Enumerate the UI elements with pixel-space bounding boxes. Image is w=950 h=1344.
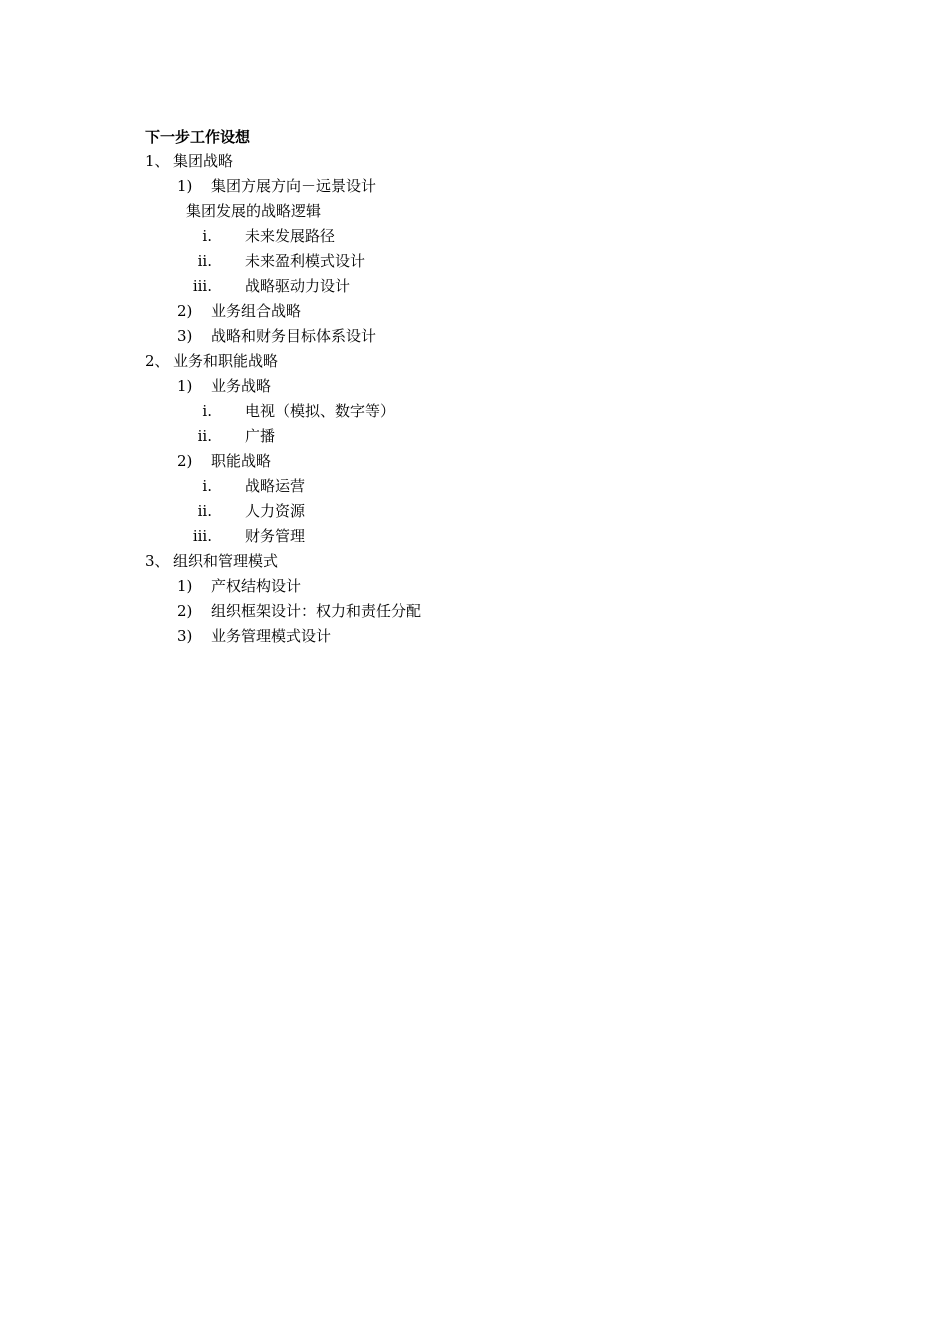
item-number: i. xyxy=(172,476,212,496)
item-number: 1) xyxy=(177,576,192,596)
item-label: 产权结构设计 xyxy=(211,576,301,596)
item-number: 3) xyxy=(177,326,192,346)
item-number: iii. xyxy=(172,276,212,296)
item-number: i. xyxy=(172,226,212,246)
item-label: 电视（模拟、数字等） xyxy=(245,401,395,421)
item-number: 2) xyxy=(177,601,192,621)
section-label: 集团战略 xyxy=(173,151,233,171)
item-number: 2) xyxy=(177,451,192,471)
item-label: 战略运营 xyxy=(245,476,305,496)
item-number: ii. xyxy=(172,251,212,271)
item-number: 1) xyxy=(177,176,192,196)
item-label: 业务管理模式设计 xyxy=(211,626,331,646)
section-number: 2、 xyxy=(145,351,170,371)
item-label: 业务战略 xyxy=(211,376,271,396)
section-number: 1、 xyxy=(145,151,170,171)
item-label: 未来盈利模式设计 xyxy=(245,251,365,271)
item-label: 战略驱动力设计 xyxy=(245,276,350,296)
item-number: iii. xyxy=(172,526,212,546)
item-label: 组织框架设计：权力和责任分配 xyxy=(211,601,421,621)
document-page: 下一步工作设想 1、 集团战略 1) 集团方展方向－远景设计 集团发展的战略逻辑… xyxy=(0,0,950,1344)
page-title: 下一步工作设想 xyxy=(145,127,250,147)
item-number: 3) xyxy=(177,626,192,646)
section-number: 3、 xyxy=(145,551,170,571)
item-number: 2) xyxy=(177,301,192,321)
item-number: i. xyxy=(172,401,212,421)
item-number: ii. xyxy=(172,426,212,446)
subheading: 集团发展的战略逻辑 xyxy=(186,201,321,221)
item-label: 广播 xyxy=(245,426,275,446)
section-label: 业务和职能战略 xyxy=(173,351,278,371)
item-label: 集团方展方向－远景设计 xyxy=(211,176,376,196)
item-label: 人力资源 xyxy=(245,501,305,521)
item-label: 战略和财务目标体系设计 xyxy=(211,326,376,346)
item-label: 职能战略 xyxy=(211,451,271,471)
item-number: 1) xyxy=(177,376,192,396)
item-number: ii. xyxy=(172,501,212,521)
item-label: 业务组合战略 xyxy=(211,301,301,321)
item-label: 财务管理 xyxy=(245,526,305,546)
section-label: 组织和管理模式 xyxy=(173,551,278,571)
item-label: 未来发展路径 xyxy=(245,226,335,246)
